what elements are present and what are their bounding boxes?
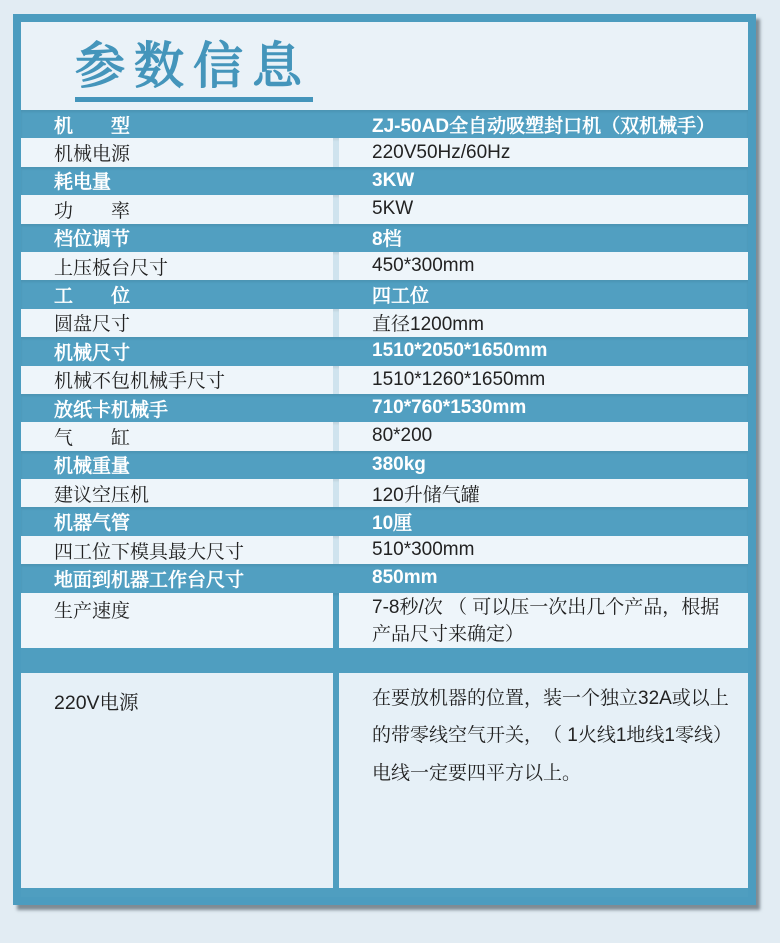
table-row: 功 率 5KW (21, 195, 748, 223)
row-label: 机器气管 (21, 507, 333, 535)
row-label: 地面到机器工作台尺寸 (21, 564, 333, 592)
table-row: 耗电量 3KW (21, 167, 748, 195)
row-label: 功 率 (21, 195, 333, 223)
table-row: 机械重量 380kg (21, 451, 748, 479)
spec-table: 机 型 ZJ-50AD全自动吸塑封口机（双机械手） 机械电源 220V50Hz/… (21, 110, 748, 648)
row-value: 450*300mm (339, 252, 748, 280)
table-row: 机器气管 10厘 (21, 507, 748, 535)
row-label: 放纸卡机械手 (21, 394, 333, 422)
row-value: 710*760*1530mm (339, 394, 748, 422)
power-note-section: 220V电源 在要放机器的位置，装一个独立32A或以上的带零线空气开关， （ 1… (21, 673, 748, 888)
separator-band (21, 648, 748, 673)
row-label: 上压板台尺寸 (21, 252, 333, 280)
row-value: 7-8秒/次 （ 可以压一次出几个产品，根据产品尺寸来确定） (339, 593, 748, 648)
row-label: 机械不包机械手尺寸 (21, 366, 333, 394)
row-value: 直径1200mm (339, 309, 748, 337)
row-value: 5KW (339, 195, 748, 223)
row-label: 生产速度 (21, 593, 333, 648)
row-label: 档位调节 (21, 224, 333, 252)
table-row: 气 缸 80*200 (21, 422, 748, 450)
row-value: 510*300mm (339, 536, 748, 564)
row-label: 机 型 (21, 110, 333, 138)
row-label: 气 缸 (21, 422, 333, 450)
row-label: 机械重量 (21, 451, 333, 479)
title-block: 参数信息 (21, 22, 748, 110)
table-row: 机械尺寸 1510*2050*1650mm (21, 337, 748, 365)
row-value: 1510*1260*1650mm (339, 366, 748, 394)
page-title: 参数信息 (75, 38, 313, 102)
row-label: 耗电量 (21, 167, 333, 195)
row-value: 220V50Hz/60Hz (339, 138, 748, 166)
row-value: 四工位 (339, 280, 748, 308)
row-label: 机械电源 (21, 138, 333, 166)
row-label: 机械尺寸 (21, 337, 333, 365)
row-label: 圆盘尺寸 (21, 309, 333, 337)
table-row: 圆盘尺寸 直径1200mm (21, 309, 748, 337)
row-value: 8档 (339, 224, 748, 252)
frame-bottom-filler (21, 888, 748, 897)
row-label: 工 位 (21, 280, 333, 308)
row-value: ZJ-50AD全自动吸塑封口机（双机械手） (339, 110, 748, 138)
spec-sheet-frame: 参数信息 机 型 ZJ-50AD全自动吸塑封口机（双机械手） 机械电源 220V… (13, 14, 756, 905)
table-row: 档位调节 8档 (21, 224, 748, 252)
power-note-label: 220V电源 (21, 673, 333, 888)
row-value: 1510*2050*1650mm (339, 337, 748, 365)
row-value: 120升储气罐 (339, 479, 748, 507)
table-row: 地面到机器工作台尺寸 850mm (21, 564, 748, 592)
power-note-value: 在要放机器的位置，装一个独立32A或以上的带零线空气开关， （ 1火线1地线1零… (339, 673, 748, 888)
row-value: 380kg (339, 451, 748, 479)
row-label: 建议空压机 (21, 479, 333, 507)
row-value: 3KW (339, 167, 748, 195)
table-row: 生产速度 7-8秒/次 （ 可以压一次出几个产品，根据产品尺寸来确定） (21, 593, 748, 648)
row-value: 850mm (339, 564, 748, 592)
row-value: 10厘 (339, 507, 748, 535)
table-row: 机械不包机械手尺寸 1510*1260*1650mm (21, 366, 748, 394)
table-row: 放纸卡机械手 710*760*1530mm (21, 394, 748, 422)
table-row: 机械电源 220V50Hz/60Hz (21, 138, 748, 166)
row-label: 四工位下模具最大尺寸 (21, 536, 333, 564)
table-row: 建议空压机 120升储气罐 (21, 479, 748, 507)
table-row: 机 型 ZJ-50AD全自动吸塑封口机（双机械手） (21, 110, 748, 138)
table-row: 上压板台尺寸 450*300mm (21, 252, 748, 280)
row-value: 80*200 (339, 422, 748, 450)
table-row: 工 位 四工位 (21, 280, 748, 308)
table-row: 四工位下模具最大尺寸 510*300mm (21, 536, 748, 564)
